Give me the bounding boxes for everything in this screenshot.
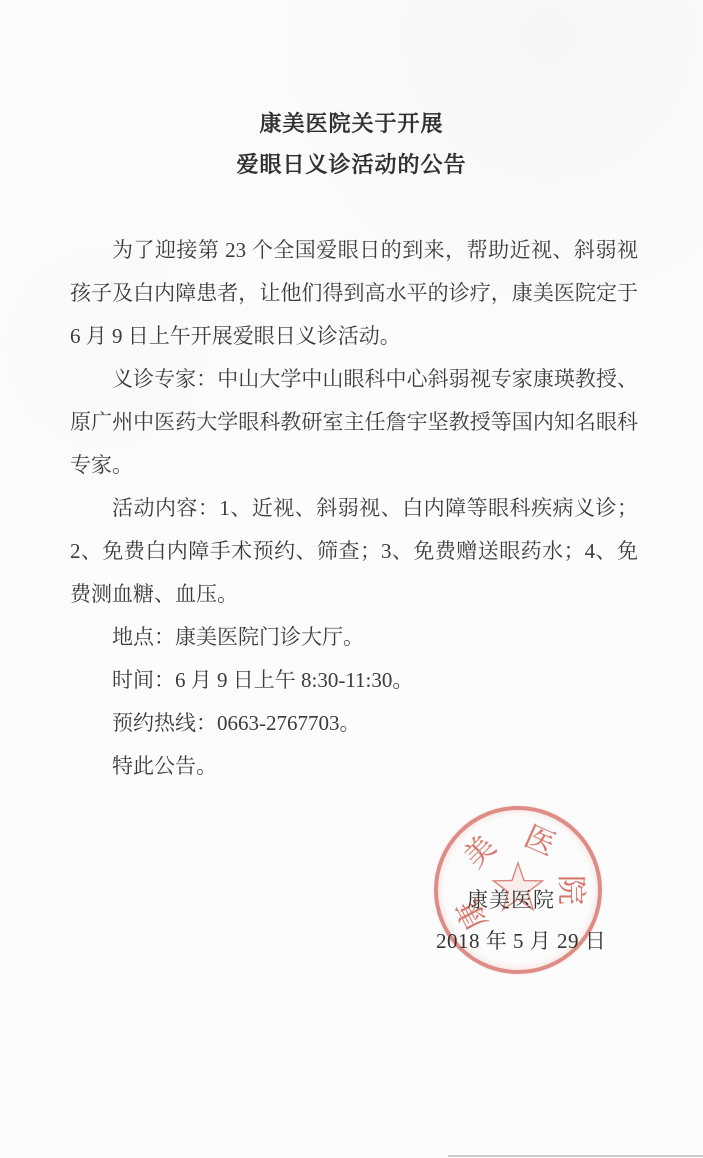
body-paragraph-activities: 活动内容：1、近视、斜弱视、白内障等眼科疾病义诊；2、免费白内障手术预约、筛查；…: [70, 487, 638, 616]
document-title-line2: 爱眼日义诊活动的公告: [0, 144, 703, 185]
body-paragraph-intro: 为了迎接第 23 个全国爱眼日的到来，帮助近视、斜弱视孩子及白内障患者，让他们得…: [70, 229, 638, 358]
body-paragraph-hotline: 预约热线：0663-2767703。: [70, 702, 638, 745]
body-paragraph-time: 时间：6 月 9 日上午 8:30-11:30。: [70, 659, 638, 702]
scan-artifact-line: [448, 1155, 703, 1157]
document-title: 康美医院关于开展 爱眼日义诊活动的公告: [0, 103, 703, 185]
seal-character: 医: [519, 812, 564, 864]
signature-hospital-name: 康美医院: [467, 884, 555, 914]
seal-character: 院: [552, 875, 596, 905]
document-body: 为了迎接第 23 个全国爱眼日的到来，帮助近视、斜弱视孩子及白内障患者，让他们得…: [70, 229, 638, 788]
body-paragraph-closing: 特此公告。: [70, 745, 638, 788]
body-paragraph-location: 地点：康美医院门诊大厅。: [70, 616, 638, 659]
document-title-line1: 康美医院关于开展: [0, 103, 703, 144]
body-paragraph-experts: 义诊专家：中山大学中山眼科中心斜弱视专家康瑛教授、原广州中医药大学眼科教研室主任…: [70, 358, 638, 487]
announcement-document: 康美医院关于开展 爱眼日义诊活动的公告 为了迎接第 23 个全国爱眼日的到来，帮…: [0, 0, 703, 1158]
signature-date: 2018 年 5 月 29 日: [436, 925, 606, 955]
